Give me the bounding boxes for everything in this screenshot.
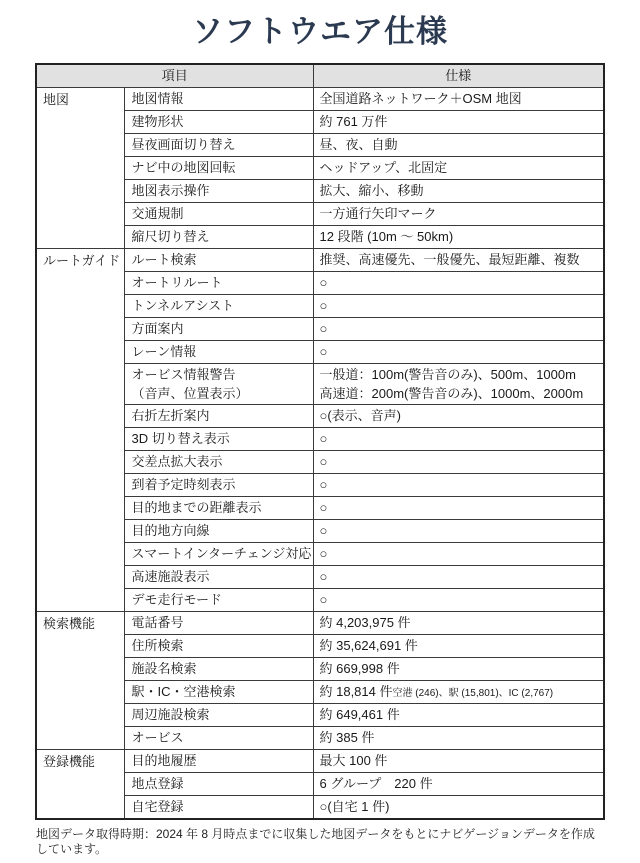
spec-cell: 約 4,203,975 件	[313, 612, 604, 635]
spec-cell: 12 段階 (10m ～ 50km)	[313, 225, 604, 248]
item-cell: 目的地方向線	[125, 520, 313, 543]
header-item-column: 項目	[36, 64, 313, 87]
item-cell: 自宅登録	[125, 796, 313, 819]
item-cell: オービス	[125, 727, 313, 750]
item-cell: 施設名検索	[125, 658, 313, 681]
item-cell: ルート検索	[125, 248, 313, 271]
spec-cell: ○	[313, 271, 604, 294]
spec-cell: ○	[313, 474, 604, 497]
spec-cell: ○	[313, 497, 604, 520]
item-cell: 電話番号	[125, 612, 313, 635]
spec-cell: 拡大、縮小、移動	[313, 179, 604, 202]
item-cell: オートリルート	[125, 271, 313, 294]
spec-cell: ○	[313, 340, 604, 363]
spec-cell: ○	[313, 294, 604, 317]
spec-cell: 約 385 件	[313, 727, 604, 750]
spec-cell: ○	[313, 317, 604, 340]
category-cell: 検索機能	[36, 612, 125, 750]
category-cell: 地図	[36, 87, 125, 248]
item-cell: レーン情報	[125, 340, 313, 363]
spec-cell: ○	[313, 589, 604, 612]
item-cell: スマートインターチェンジ対応	[125, 543, 313, 566]
header-spec-column: 仕様	[313, 64, 604, 87]
spec-cell: ○	[313, 428, 604, 451]
spec-cell: 約 761 万件	[313, 110, 604, 133]
spec-cell: 一方通行矢印マーク	[313, 202, 604, 225]
table-row: ルートガイドルート検索推奨、高速優先、一般優先、最短距離、複数	[36, 248, 604, 271]
spec-cell: ○	[313, 566, 604, 589]
spec-cell: 全国道路ネットワーク＋OSM 地図	[313, 87, 604, 110]
page: ソフトウエア仕様 項目 仕様 地図地図情報全国道路ネットワーク＋OSM 地図建物…	[0, 0, 640, 863]
item-cell: 交通規制	[125, 202, 313, 225]
footer-note: 地図データ取得時期：2024 年 8 月時点までに収集した地図データをもとにナビ…	[36, 827, 604, 858]
item-cell: 縮尺切り替え	[125, 225, 313, 248]
item-cell: オービス情報警告（音声、位置表示）	[125, 363, 313, 405]
spec-cell: ○	[313, 451, 604, 474]
item-cell: 3D 切り替え表示	[125, 428, 313, 451]
header-row: 項目 仕様	[36, 64, 604, 87]
spec-cell: 昼、夜、自動	[313, 133, 604, 156]
item-cell: 地図表示操作	[125, 179, 313, 202]
cell-text-line: （音声、位置表示）	[131, 386, 306, 402]
spec-cell: ○(自宅 1 件)	[313, 796, 604, 819]
spec-table: 項目 仕様 地図地図情報全国道路ネットワーク＋OSM 地図建物形状約 761 万…	[35, 63, 605, 820]
category-cell: 登録機能	[36, 750, 125, 819]
table-row: 登録機能目的地履歴最大 100 件	[36, 750, 604, 773]
category-cell: ルートガイド	[36, 248, 125, 612]
cell-text-line: オービス情報警告	[131, 367, 306, 383]
table-row: 地図地図情報全国道路ネットワーク＋OSM 地図	[36, 87, 604, 110]
item-cell: 周辺施設検索	[125, 704, 313, 727]
item-cell: 建物形状	[125, 110, 313, 133]
item-cell: 交差点拡大表示	[125, 451, 313, 474]
spec-cell: 約 18,814 件空港 (246)、駅 (15,801)、IC (2,767)	[313, 681, 604, 704]
spec-table-body: 地図地図情報全国道路ネットワーク＋OSM 地図建物形状約 761 万件昼夜画面切…	[36, 87, 604, 819]
table-row: 検索機能電話番号約 4,203,975 件	[36, 612, 604, 635]
page-title: ソフトウエア仕様	[0, 6, 640, 51]
spec-cell-small-text: 空港 (246)、駅 (15,801)、IC (2,767)	[393, 688, 554, 699]
item-cell: トンネルアシスト	[125, 294, 313, 317]
item-cell: 駅・IC・空港検索	[125, 681, 313, 704]
spec-cell: 6 グループ 220 件	[313, 773, 604, 796]
item-cell: 昼夜画面切り替え	[125, 133, 313, 156]
item-cell: 住所検索	[125, 635, 313, 658]
spec-cell: 約 35,624,691 件	[313, 635, 604, 658]
item-cell: 右折左折案内	[125, 405, 313, 428]
item-cell: 到着予定時刻表示	[125, 474, 313, 497]
spec-cell: 約 649,461 件	[313, 704, 604, 727]
spec-cell: 推奨、高速優先、一般優先、最短距離、複数	[313, 248, 604, 271]
spec-cell: ○	[313, 520, 604, 543]
item-cell: 地点登録	[125, 773, 313, 796]
item-cell: 目的地までの距離表示	[125, 497, 313, 520]
item-cell: 目的地履歴	[125, 750, 313, 773]
spec-cell: ○(表示、音声)	[313, 405, 604, 428]
spec-cell: 一般道：100m(警告音のみ)、500m、1000m高速道：200m(警告音のみ…	[313, 363, 604, 405]
spec-cell: 約 669,998 件	[313, 658, 604, 681]
cell-text-line: 高速道：200m(警告音のみ)、1000m、2000m	[320, 386, 598, 402]
item-cell: ナビ中の地図回転	[125, 156, 313, 179]
item-cell: 方面案内	[125, 317, 313, 340]
spec-cell: 最大 100 件	[313, 750, 604, 773]
spec-cell: ○	[313, 543, 604, 566]
item-cell: 地図情報	[125, 87, 313, 110]
item-cell: 高速施設表示	[125, 566, 313, 589]
spec-cell: ヘッドアップ、北固定	[313, 156, 604, 179]
item-cell: デモ走行モード	[125, 589, 313, 612]
cell-text-line: 一般道：100m(警告音のみ)、500m、1000m	[320, 367, 598, 383]
